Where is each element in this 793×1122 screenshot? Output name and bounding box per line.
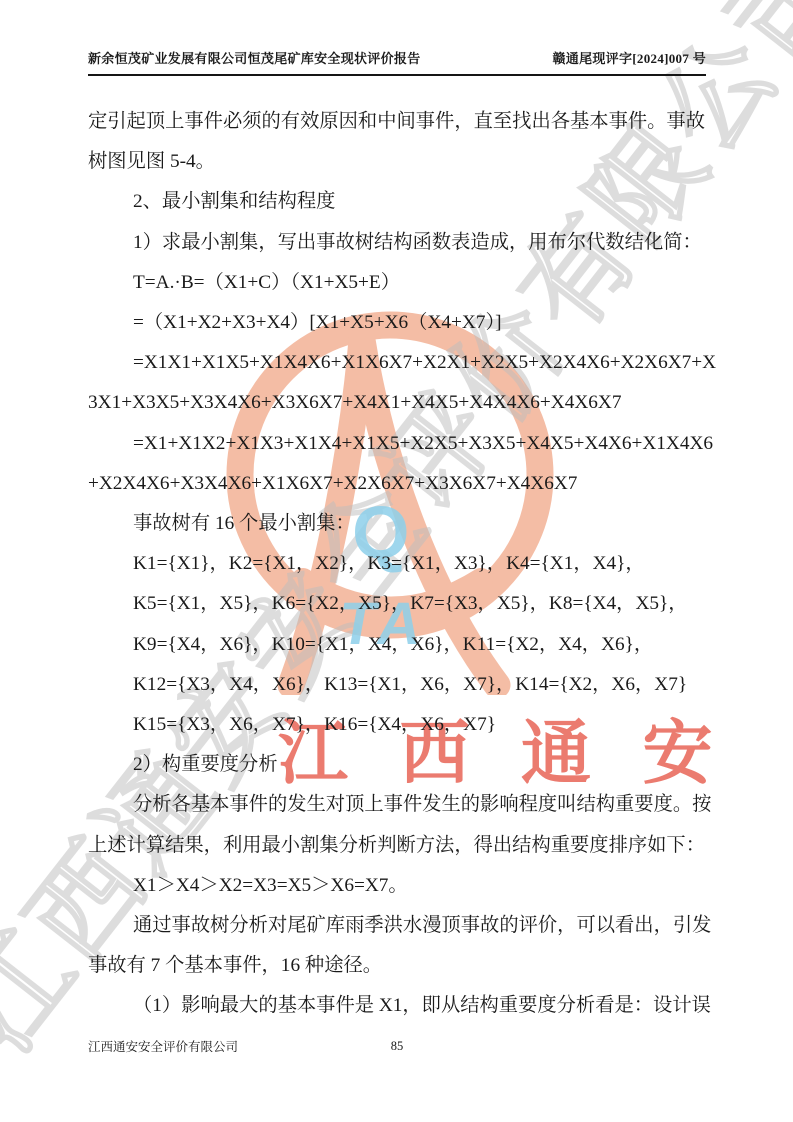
body-line: 3X1+X3X5+X3X4X6+X3X6X7+X4X1+X4X5+X4X4X6+… bbox=[88, 383, 710, 423]
body-line: 树图见图 5-4。 bbox=[88, 142, 710, 182]
body-line: K15={X3，X6，X7}，K16={X4，X6，X7} bbox=[88, 705, 710, 745]
body-line: =X1X1+X1X5+X1X4X6+X1X6X7+X2X1+X2X5+X2X4X… bbox=[88, 343, 710, 383]
body-line: 上述计算结果，利用最小割集分析判断方法，得出结构重要度排序如下： bbox=[88, 826, 710, 866]
body-line: K12={X3，X4，X6}，K13={X1，X6，X7}，K14={X2，X6… bbox=[88, 665, 710, 705]
body-line: T=A.·B=（X1+C）（X1+X5+E） bbox=[88, 263, 710, 303]
body-line: 分析各基本事件的发生对顶上事件发生的影响程度叫结构重要度。按 bbox=[88, 785, 710, 825]
body-line: K1={X1}，K2={X1，X2}，K3={X1，X3}，K4={X1，X4}… bbox=[88, 544, 710, 584]
body-line: =X1+X1X2+X1X3+X1X4+X1X5+X2X5+X3X5+X4X5+X… bbox=[88, 424, 710, 464]
body-line: 通过事故树分析对尾矿库雨季洪水漫顶事故的评价，可以看出，引发 bbox=[88, 906, 710, 946]
body-line: 事故树有 16 个最小割集： bbox=[88, 504, 710, 544]
header-report-title: 新余恒茂矿业发展有限公司恒茂尾矿库安全现状评价报告 bbox=[88, 48, 421, 67]
body-line: 定引起顶上事件必须的有效原因和中间事件，直至找出各基本事件。事故 bbox=[88, 102, 710, 142]
body-line: =（X1+X2+X3+X4）[X1+X5+X6（X4+X7）] bbox=[88, 303, 710, 343]
document-page: 江西通安安全评价有限公司 Q TA 江 西 通 安 新余恒茂矿业发展有限公司恒茂… bbox=[0, 0, 793, 1122]
page-header: 新余恒茂矿业发展有限公司恒茂尾矿库安全现状评价报告 赣通尾现评字[2024]00… bbox=[88, 48, 706, 76]
body-line: K5={X1，X5}，K6={X2，X5}，K7={X3，X5}，K8={X4，… bbox=[88, 584, 710, 624]
page-number: 85 bbox=[391, 1039, 404, 1054]
body-text: 定引起顶上事件必须的有效原因和中间事件，直至找出各基本事件。事故 树图见图 5-… bbox=[88, 102, 710, 1027]
body-line: 2、最小割集和结构程度 bbox=[88, 182, 710, 222]
body-line: 事故有 7 个基本事件，16 种途径。 bbox=[88, 946, 710, 986]
body-line: 2）构重要度分析 bbox=[88, 745, 710, 785]
body-line: K9={X4，X6}，K10={X1，X4，X6}，K11={X2，X4，X6}… bbox=[88, 625, 710, 665]
footer-company: 江西通安安全评价有限公司 bbox=[88, 1040, 238, 1054]
body-line: +X2X4X6+X3X4X6+X1X6X7+X2X6X7+X3X6X7+X4X6… bbox=[88, 464, 710, 504]
header-doc-number: 赣通尾现评字[2024]007 号 bbox=[552, 48, 706, 67]
body-line: （1）影响最大的基本事件是 X1，即从结构重要度分析看是：设计误 bbox=[88, 986, 710, 1026]
page-footer: 江西通安安全评价有限公司 85 bbox=[88, 1037, 706, 1055]
body-line: X1＞X4＞X2=X3=X5＞X6=X7。 bbox=[88, 866, 710, 906]
body-line: 1）求最小割集，写出事故树结构函数表造成，用布尔代数结化简： bbox=[88, 223, 710, 263]
